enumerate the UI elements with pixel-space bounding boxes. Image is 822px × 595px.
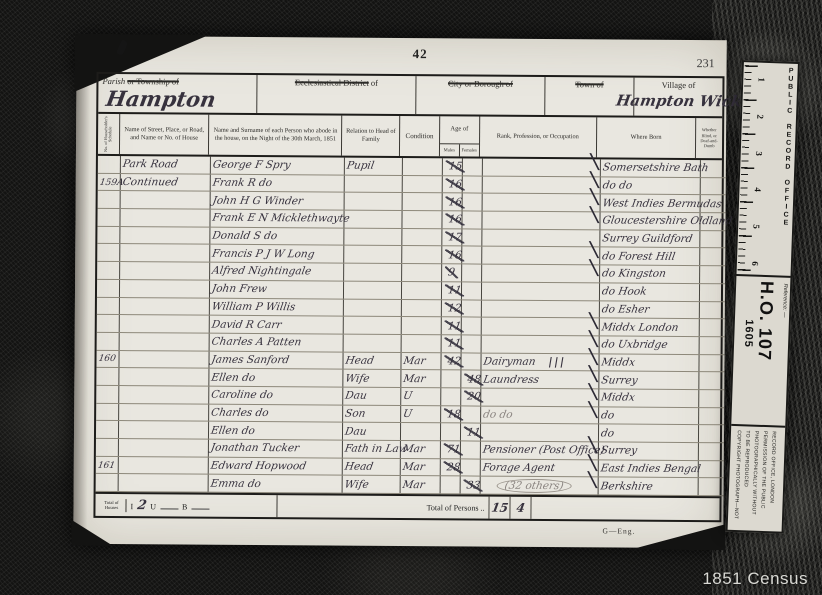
where-born-value: East Indies Bengal — [599, 462, 701, 475]
col-header-where-born: Where Born — [597, 117, 697, 158]
condition-value: U — [402, 390, 413, 402]
col-header-relation: Relation to Head of Family — [342, 116, 400, 156]
person-name: Donald S do — [211, 230, 278, 242]
photo-caption: 1851 Census — [702, 569, 808, 589]
parish-cell: Parish or Township of Hampton — [98, 74, 257, 113]
where-born-value: do — [600, 427, 615, 439]
page-number: 42 — [413, 46, 428, 62]
person-name: Frank E N Micklethwayte — [211, 212, 350, 225]
col-header-occupation: Rank, Profession, or Occupation — [480, 117, 598, 158]
tally-marks: ||| — [548, 356, 567, 368]
person-name: William P Willis — [210, 301, 295, 314]
total-persons-female: 4 — [509, 497, 530, 519]
where-born-value: do Forest Hill — [601, 250, 676, 262]
ruler-number: 1 — [756, 77, 766, 82]
ruler-number: 5 — [751, 224, 761, 229]
where-born-value: do Kingston — [601, 268, 667, 280]
enumerator-tick: ╲ — [590, 154, 599, 171]
person-name: George F Spry — [211, 159, 291, 172]
enumerator-tick: ╲ — [589, 367, 598, 384]
where-born-value: do Esher — [600, 303, 649, 315]
condition-value: Mar — [401, 461, 425, 473]
enumerator-tick: ╲ — [589, 331, 598, 348]
where-born-value: do — [600, 409, 615, 421]
copyright-notice: COPYRIGHT PHOTOGRAPH—NOT TO BE REPRODUCE… — [728, 426, 786, 532]
person-name: Emma do — [209, 477, 261, 489]
condition-value: Mar — [402, 355, 426, 367]
ruler-number: 4 — [753, 188, 763, 193]
torn-corner-bottom-right — [630, 524, 725, 551]
condition-value: Mar — [401, 443, 425, 455]
folio-number: 231 — [697, 56, 715, 71]
col-header-condition: Condition — [400, 116, 440, 156]
relation-value: Pupil — [345, 160, 374, 172]
person-name: John H G Winder — [211, 194, 303, 207]
col-header-age: Age of Males Females — [440, 116, 480, 156]
where-born-value: Berkshire — [599, 480, 653, 492]
census-page: 42 231 Parish or Township of Hampton Ecc… — [73, 36, 727, 549]
enumerator-tick: ╲ — [589, 402, 598, 419]
enumerator-tick: ╲ — [590, 172, 599, 189]
enumerator-tick: ╲ — [590, 190, 599, 207]
column-headers: No. of Householder's Schedule Name of St… — [98, 114, 722, 160]
printers-mark: G—Eng. — [602, 526, 635, 535]
piece-number: 1605 — [742, 319, 755, 348]
where-born-value: Middx — [600, 392, 635, 404]
houses-uninhabited-label: U — [150, 502, 156, 511]
person-name: John Frew — [211, 283, 268, 295]
person-name: Ellen do — [210, 424, 256, 436]
where-born-value: Surrey — [599, 445, 637, 457]
enumerator-tick: ╲ — [590, 243, 599, 260]
enumerator-tick: ╲ — [589, 349, 598, 366]
condition-value: Mar — [402, 373, 426, 385]
reference-label: Reference: — — [781, 284, 788, 318]
parish-label: Parish — [102, 76, 125, 86]
relation-value: Head — [344, 355, 374, 367]
enumerator-tick: ╲ — [590, 207, 599, 224]
houses-inhabited-value: 2 — [136, 498, 148, 513]
person-name: Charles do — [210, 407, 269, 419]
relation-value: Dau — [344, 390, 367, 402]
where-born-value: do Uxbridge — [600, 339, 668, 351]
col-header-age-males: Males — [440, 144, 460, 156]
ecclesiastical-label-of: of — [371, 78, 378, 88]
relation-value: Son — [344, 408, 366, 420]
enumerator-tick: ╲ — [588, 437, 597, 454]
houses-building-label: B — [182, 502, 187, 511]
where-born-value: Middx — [600, 356, 635, 368]
relation-value: Wife — [344, 372, 370, 384]
col-header-name: Name and Surname of each Person who abod… — [209, 115, 342, 156]
where-born-value: Surrey — [600, 374, 638, 386]
age-male-value: 9 — [443, 267, 460, 279]
person-name: Alfred Nightingale — [211, 265, 312, 278]
enumerator-tick: ╲ — [589, 314, 598, 331]
city-borough-cell: City or Borough of — [416, 76, 545, 115]
schedule-number: 161 — [97, 460, 116, 470]
enumerator-tick: ╲ — [589, 384, 598, 401]
ruler-reference: Reference: — H.O. 107 1605 — [731, 276, 790, 428]
total-persons-male: 15 — [488, 497, 509, 519]
reference-value: H.O. 107 — [754, 281, 778, 362]
col-header-schedule: No. of Householder's Schedule — [98, 114, 120, 154]
person-name: James Sanford — [210, 354, 290, 367]
relation-value: Wife — [343, 478, 369, 490]
village-cell: Village of Hampton Wick — [634, 78, 722, 117]
photo-stage: 42 231 Parish or Township of Hampton Ecc… — [0, 0, 822, 595]
relation-value: Head — [343, 461, 373, 473]
total-houses-label: Total of Houses — [97, 498, 126, 511]
person-name: Frank R do — [211, 177, 272, 189]
relation-value: Dau — [344, 425, 367, 437]
street-name: Park Road — [121, 158, 178, 170]
col-header-blind: Whether Blind, or Deaf-and-Dumb — [696, 118, 722, 158]
parish-value: Hampton — [104, 86, 217, 112]
where-born-value: do do — [601, 179, 632, 191]
col-header-age-females: Females — [460, 144, 479, 156]
ecclesiastical-label-struck: Ecclesiastical District — [295, 77, 369, 88]
village-label: Village of — [662, 80, 696, 90]
occupation-value: do do — [482, 409, 513, 421]
person-name: Ellen do — [210, 371, 256, 383]
city-borough-label-struck: City or Borough of — [448, 78, 513, 88]
total-persons-label: Total of Persons .. — [277, 495, 488, 518]
street-name: Continued — [121, 176, 178, 188]
torn-corner-bottom-left — [71, 520, 113, 546]
condition-value: Mar — [401, 479, 425, 491]
person-name: Francis P J W Long — [211, 247, 315, 260]
census-form: Parish or Township of Hampton Ecclesiast… — [93, 72, 724, 522]
pro-title: PUBLIC RECORD OFFICE — [781, 68, 795, 272]
occupation-value: Laundress — [482, 373, 539, 385]
where-born-value: Middx London — [600, 321, 679, 334]
town-label-struck: Town of — [575, 79, 604, 89]
ruler-scale: 123456 PUBLIC RECORD OFFICE — [736, 62, 797, 278]
person-name: Jonathan Tucker — [209, 442, 299, 455]
form-title-band: Parish or Township of Hampton Ecclesiast… — [98, 74, 722, 118]
relation-value: Fath in Law — [343, 443, 408, 455]
enumerator-tick: ╲ — [590, 260, 599, 277]
total-houses-box: Total of Houses I 2 U B — [95, 494, 277, 517]
ruler-number: 2 — [755, 114, 765, 119]
where-born-value: Surrey Guildford — [601, 233, 693, 246]
occupation-value: Forage Agent — [481, 462, 555, 474]
schedule-number: 160 — [98, 354, 117, 364]
person-name: Edward Hopwood — [209, 460, 306, 473]
ecclesiastical-cell: Ecclesiastical District of — [257, 75, 416, 114]
enumerator-tick: ╲ — [588, 455, 597, 472]
occupation-note: (32 others) — [495, 478, 572, 493]
village-value: Hampton Wick — [615, 92, 743, 111]
person-name: David R Carr — [210, 318, 282, 330]
where-born-value: do Hook — [601, 286, 648, 298]
parish-label-struck: or Township of — [127, 76, 179, 86]
where-born-value: Somersetshire Bath — [601, 162, 709, 175]
occupation-value: Pensioner (Post Office) — [481, 444, 605, 457]
ruler-number: 3 — [754, 151, 764, 156]
person-name: Charles A Patten — [210, 336, 302, 349]
condition-value: U — [402, 408, 413, 420]
occupation-value: Dairyman — [482, 355, 536, 367]
ruler-number: 6 — [750, 261, 760, 266]
enumerator-tick: ╲ — [588, 473, 597, 490]
census-table: Park Road George F Spry Pupil 15 ╲Somers… — [96, 156, 726, 496]
col-header-street: Name of Street, Place, or Road, and Name… — [120, 114, 210, 155]
houses-inhabited-label: I — [130, 502, 133, 511]
person-name: Caroline do — [210, 389, 274, 401]
totals-footer: Total of Houses I 2 U B Total of Persons… — [95, 492, 719, 520]
